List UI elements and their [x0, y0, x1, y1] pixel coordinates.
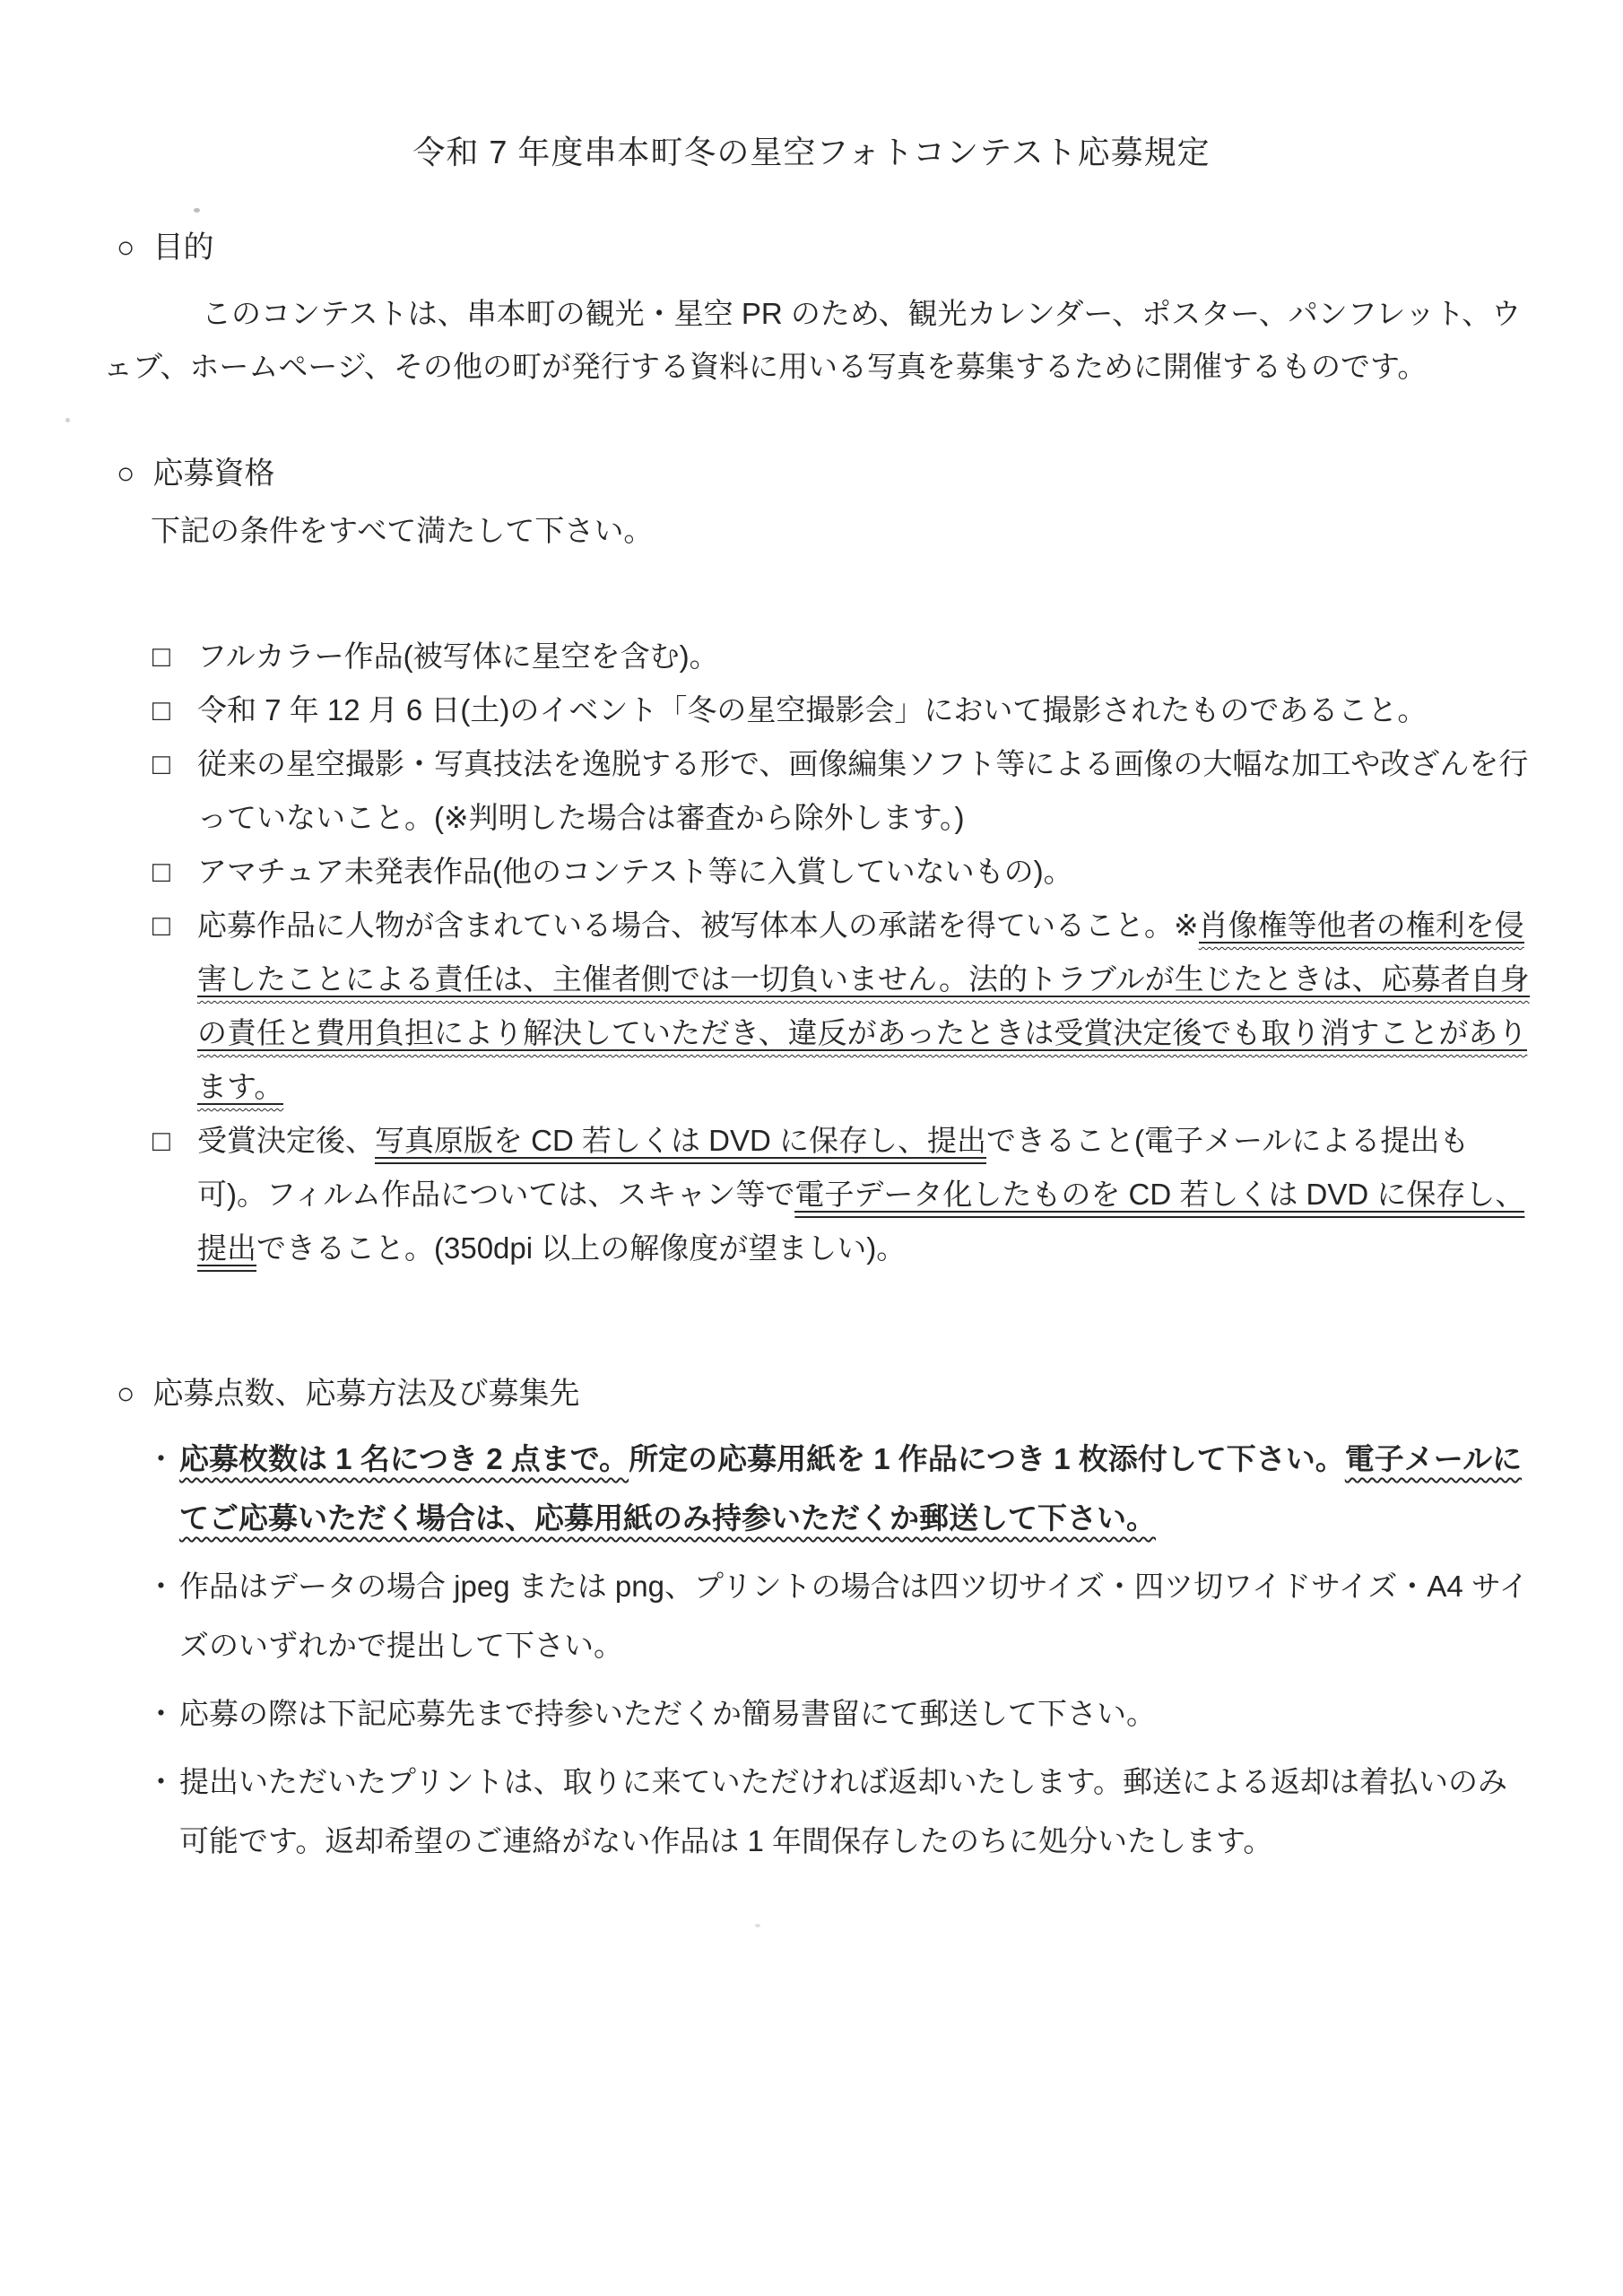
eligibility-item-text: 従来の星空撮影・写真技法を逸脱する形で、画像編集ソフト等による画像の大幅な加工や… [197, 747, 1528, 834]
bullet-icon: ・ [146, 1557, 179, 1616]
scan-speck [65, 418, 70, 422]
scan-speck [755, 1924, 760, 1927]
submission-heading-label: 応募点数、応募方法及び募集先 [153, 1377, 580, 1411]
bullet-icon: ・ [146, 1430, 179, 1489]
eligibility-item-underlined-text: 写真原版を CD 若しくは DVD に保存し、提出 [375, 1124, 986, 1159]
circle-marker-icon: ○ [117, 1377, 135, 1411]
submission-item-bold-text: 所定の応募用紙を 1 作品につき 1 枚添付して下さい。 [629, 1442, 1345, 1475]
eligibility-item-submission-media: □受賞決定後、写真原版を CD 若しくは DVD に保存し、提出できること(電子… [152, 1114, 1533, 1275]
eligibility-item-no-editing: □従来の星空撮影・写真技法を逸脱する形で、画像編集ソフト等による画像の大幅な加工… [152, 737, 1533, 845]
eligibility-item-text: できること。(350dpi 以上の解像度が望ましい)。 [256, 1231, 906, 1265]
submission-item-delivery: ・応募の際は下記応募先まで持参いただくか簡易書留にて郵送して下さい。 [146, 1684, 1533, 1744]
eligibility-item-text: 応募作品に人物が含まれている場合、被写体本人の承諾を得ていること。※ [197, 909, 1199, 942]
checkbox-icon: □ [152, 845, 197, 899]
eligibility-item-amateur: □アマチュア未発表作品(他のコンテスト等に入賞していないもの)。 [152, 845, 1533, 899]
section-heading-submission: ○応募点数、応募方法及び募集先 [117, 1370, 1533, 1417]
eligibility-item-event-date: □令和 7 年 12 月 6 日(土)のイベント「冬の星空撮影会」において撮影さ… [152, 683, 1533, 737]
eligibility-item-text: アマチュア未発表作品(他のコンテスト等に入賞していないもの)。 [197, 855, 1073, 888]
submission-item-text: 作品はデータの場合 jpeg または png、プリントの場合は四ツ切サイズ・四ツ… [179, 1570, 1529, 1662]
submission-item-text: 応募の際は下記応募先まで持参いただくか簡易書留にて郵送して下さい。 [179, 1697, 1156, 1730]
eligibility-intro: 下記の条件をすべて満たして下さい。 [151, 508, 1529, 554]
document-title: 令和 7 年度串本町冬の星空フォトコンテスト応募規定 [0, 0, 1623, 175]
circle-marker-icon: ○ [117, 230, 135, 265]
eligibility-item-text: 受賞決定後、 [197, 1124, 375, 1157]
section-heading-eligibility: ○応募資格 [117, 450, 1533, 497]
purpose-paragraph: このコンテストは、串本町の観光・星空 PR のため、観光カレンダー、ポスター、パ… [103, 287, 1529, 393]
eligibility-heading-label: 応募資格 [153, 457, 275, 491]
submission-item-format: ・作品はデータの場合 jpeg または png、プリントの場合は四ツ切サイズ・四… [146, 1557, 1533, 1675]
submission-item-entry-limit: ・応募枚数は 1 名につき 2 点まで。所定の応募用紙を 1 作品につき 1 枚… [146, 1430, 1533, 1548]
scanned-document-page: 令和 7 年度串本町冬の星空フォトコンテスト応募規定 ○目的 このコンテストは、… [0, 0, 1623, 2296]
eligibility-checklist: □フルカラー作品(被写体に星空を含む)。 □令和 7 年 12 月 6 日(土)… [152, 630, 1533, 1275]
submission-item-emphasized-text: 応募枚数は 1 名につき 2 点まで。 [179, 1442, 629, 1475]
submission-item-return-policy: ・提出いただいたプリントは、取りに来ていただければ返却いたします。郵送による返却… [146, 1752, 1533, 1871]
checkbox-icon: □ [152, 683, 197, 737]
purpose-heading-label: 目的 [153, 230, 214, 265]
submission-item-text: 提出いただいたプリントは、取りに来ていただければ返却いたします。郵送による返却は… [179, 1765, 1507, 1857]
checkbox-icon: □ [152, 899, 197, 952]
eligibility-item-fullcolor: □フルカラー作品(被写体に星空を含む)。 [152, 630, 1533, 683]
bullet-icon: ・ [146, 1752, 179, 1812]
checkbox-icon: □ [152, 737, 197, 791]
submission-list: ・応募枚数は 1 名につき 2 点まで。所定の応募用紙を 1 作品につき 1 枚… [146, 1430, 1533, 1871]
scan-speck [194, 208, 200, 213]
checkbox-icon: □ [152, 1114, 197, 1168]
section-heading-purpose: ○目的 [117, 224, 1533, 271]
checkbox-icon: □ [152, 630, 197, 683]
eligibility-item-text: 令和 7 年 12 月 6 日(土)のイベント「冬の星空撮影会」において撮影され… [197, 693, 1427, 726]
bullet-icon: ・ [146, 1684, 179, 1744]
eligibility-item-text: フルカラー作品(被写体に星空を含む)。 [197, 639, 719, 673]
circle-marker-icon: ○ [117, 457, 135, 491]
eligibility-item-portrait-rights: □応募作品に人物が含まれている場合、被写体本人の承諾を得ていること。※肖像権等他… [152, 899, 1533, 1114]
